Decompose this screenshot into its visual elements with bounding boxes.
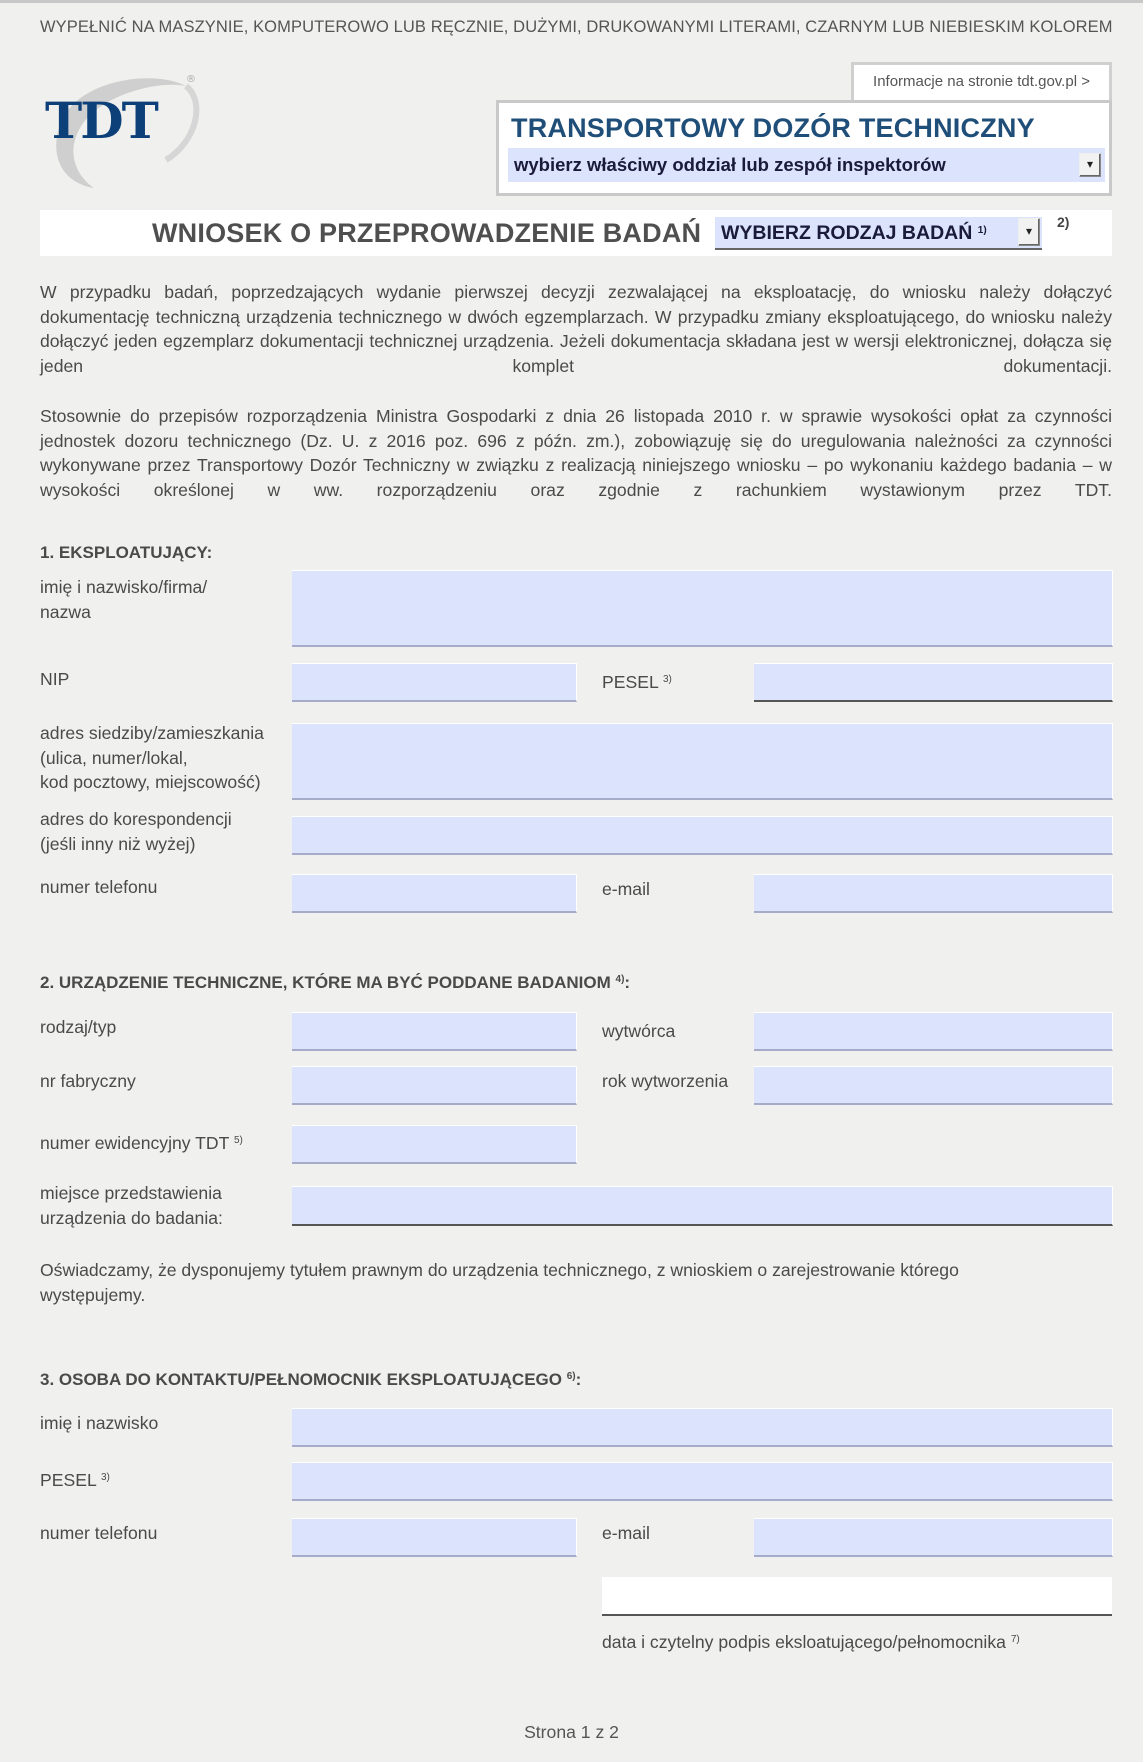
correspondence-address-field[interactable] [292,816,1113,855]
fees-paragraph: Stosownie do przepisów rozporządzenia Mi… [40,404,1112,502]
correspondence-address-label: adres do korespondencji(jeśli inny niż w… [40,807,232,856]
tdt-registration-field[interactable] [292,1125,577,1164]
contact-name-field[interactable] [292,1408,1113,1447]
device-type-label: rodzaj/typ [40,1015,116,1040]
address-field[interactable] [292,723,1113,800]
svg-text:®: ® [186,74,196,85]
fill-instructions: WYPEŁNIĆ NA MASZYNIE, KOMPUTEROWO LUB RĘ… [40,18,1113,37]
top-border [0,0,1143,3]
section-3-heading: 3. OSOBA DO KONTAKTU/PEŁNOMOCNIK EKSPLOA… [40,1370,581,1390]
section-1-heading: 1. EKSPLOATUJĄCY: [40,543,212,563]
contact-email-label: e-mail [602,1521,650,1546]
pesel-field[interactable] [754,663,1113,702]
chevron-down-icon[interactable]: ▾ [1079,153,1101,177]
section-2-heading: 2. URZĄDZENIE TECHNICZNE, KTÓRE MA BYĆ P… [40,973,630,993]
serial-number-label: nr fabryczny [40,1069,136,1094]
branch-select[interactable]: wybierz właściwy oddział lub zespół insp… [508,148,1105,182]
nip-field[interactable] [292,663,577,702]
info-link[interactable]: Informacje na stronie tdt.gov.pl > [851,62,1112,100]
footnote-marker: 2) [1057,214,1069,230]
organization-header: TRANSPORTOWY DOZÓR TECHNICZNY wybierz wł… [496,100,1112,196]
organization-title: TRANSPORTOWY DOZÓR TECHNICZNY [511,113,1035,144]
branch-select-value: wybierz właściwy oddział lub zespół insp… [514,154,946,176]
svg-text:TDT: TDT [45,91,159,150]
pesel-label: PESEL 3) [602,668,672,695]
phone-field[interactable] [292,874,577,913]
form-title: WNIOSEK O PRZEPROWADZENIE BADAŃ [152,218,701,249]
legal-title-statement: Oświadczamy, że dysponujemy tytułem praw… [40,1258,959,1307]
tdt-logo: TDT ® [36,72,226,192]
serial-number-field[interactable] [292,1066,577,1105]
contact-name-label: imię i nazwisko [40,1411,158,1436]
tdt-logo-graphic: TDT ® [36,72,226,192]
exam-type-select-value: WYBIERZ RODZAJ BADAŃ 1) [721,222,987,245]
contact-pesel-label: PESEL 3) [40,1466,110,1493]
production-year-label: rok wytworzenia [602,1069,728,1094]
form-title-bar: WNIOSEK O PRZEPROWADZENIE BADAŃ WYBIERZ … [40,210,1112,256]
tdt-registration-label: numer ewidencyjny TDT 5) [40,1129,243,1156]
device-type-field[interactable] [292,1012,577,1051]
documentation-paragraph: W przypadku badań, poprzedzających wydan… [40,280,1112,378]
signature-label: data i czytelny podpis eksloatującego/pe… [602,1628,1020,1655]
contact-phone-label: numer telefonu [40,1521,157,1546]
address-label: adres siedziby/zamieszkania(ulica, numer… [40,721,264,795]
exam-type-select[interactable]: WYBIERZ RODZAJ BADAŃ 1) ▾ [715,217,1042,250]
manufacturer-field[interactable] [754,1012,1113,1051]
inspection-place-field[interactable] [292,1186,1113,1226]
inspection-place-label: miejsce przedstawieniaurządzenia do bada… [40,1181,223,1230]
manufacturer-label: wytwórca [602,1019,675,1044]
signature-field[interactable] [602,1577,1112,1616]
phone-label: numer telefonu [40,875,157,900]
email-field[interactable] [754,874,1113,913]
contact-email-field[interactable] [754,1518,1113,1557]
contact-pesel-field[interactable] [292,1462,1113,1501]
operator-name-field[interactable] [292,570,1113,647]
operator-name-label: imię i nazwisko/firma/nazwa [40,575,207,624]
nip-label: NIP [40,667,69,692]
contact-phone-field[interactable] [292,1518,577,1557]
page-number: Strona 1 z 2 [0,1722,1143,1743]
email-label: e-mail [602,877,650,902]
chevron-down-icon[interactable]: ▾ [1018,218,1040,246]
production-year-field[interactable] [754,1066,1113,1105]
